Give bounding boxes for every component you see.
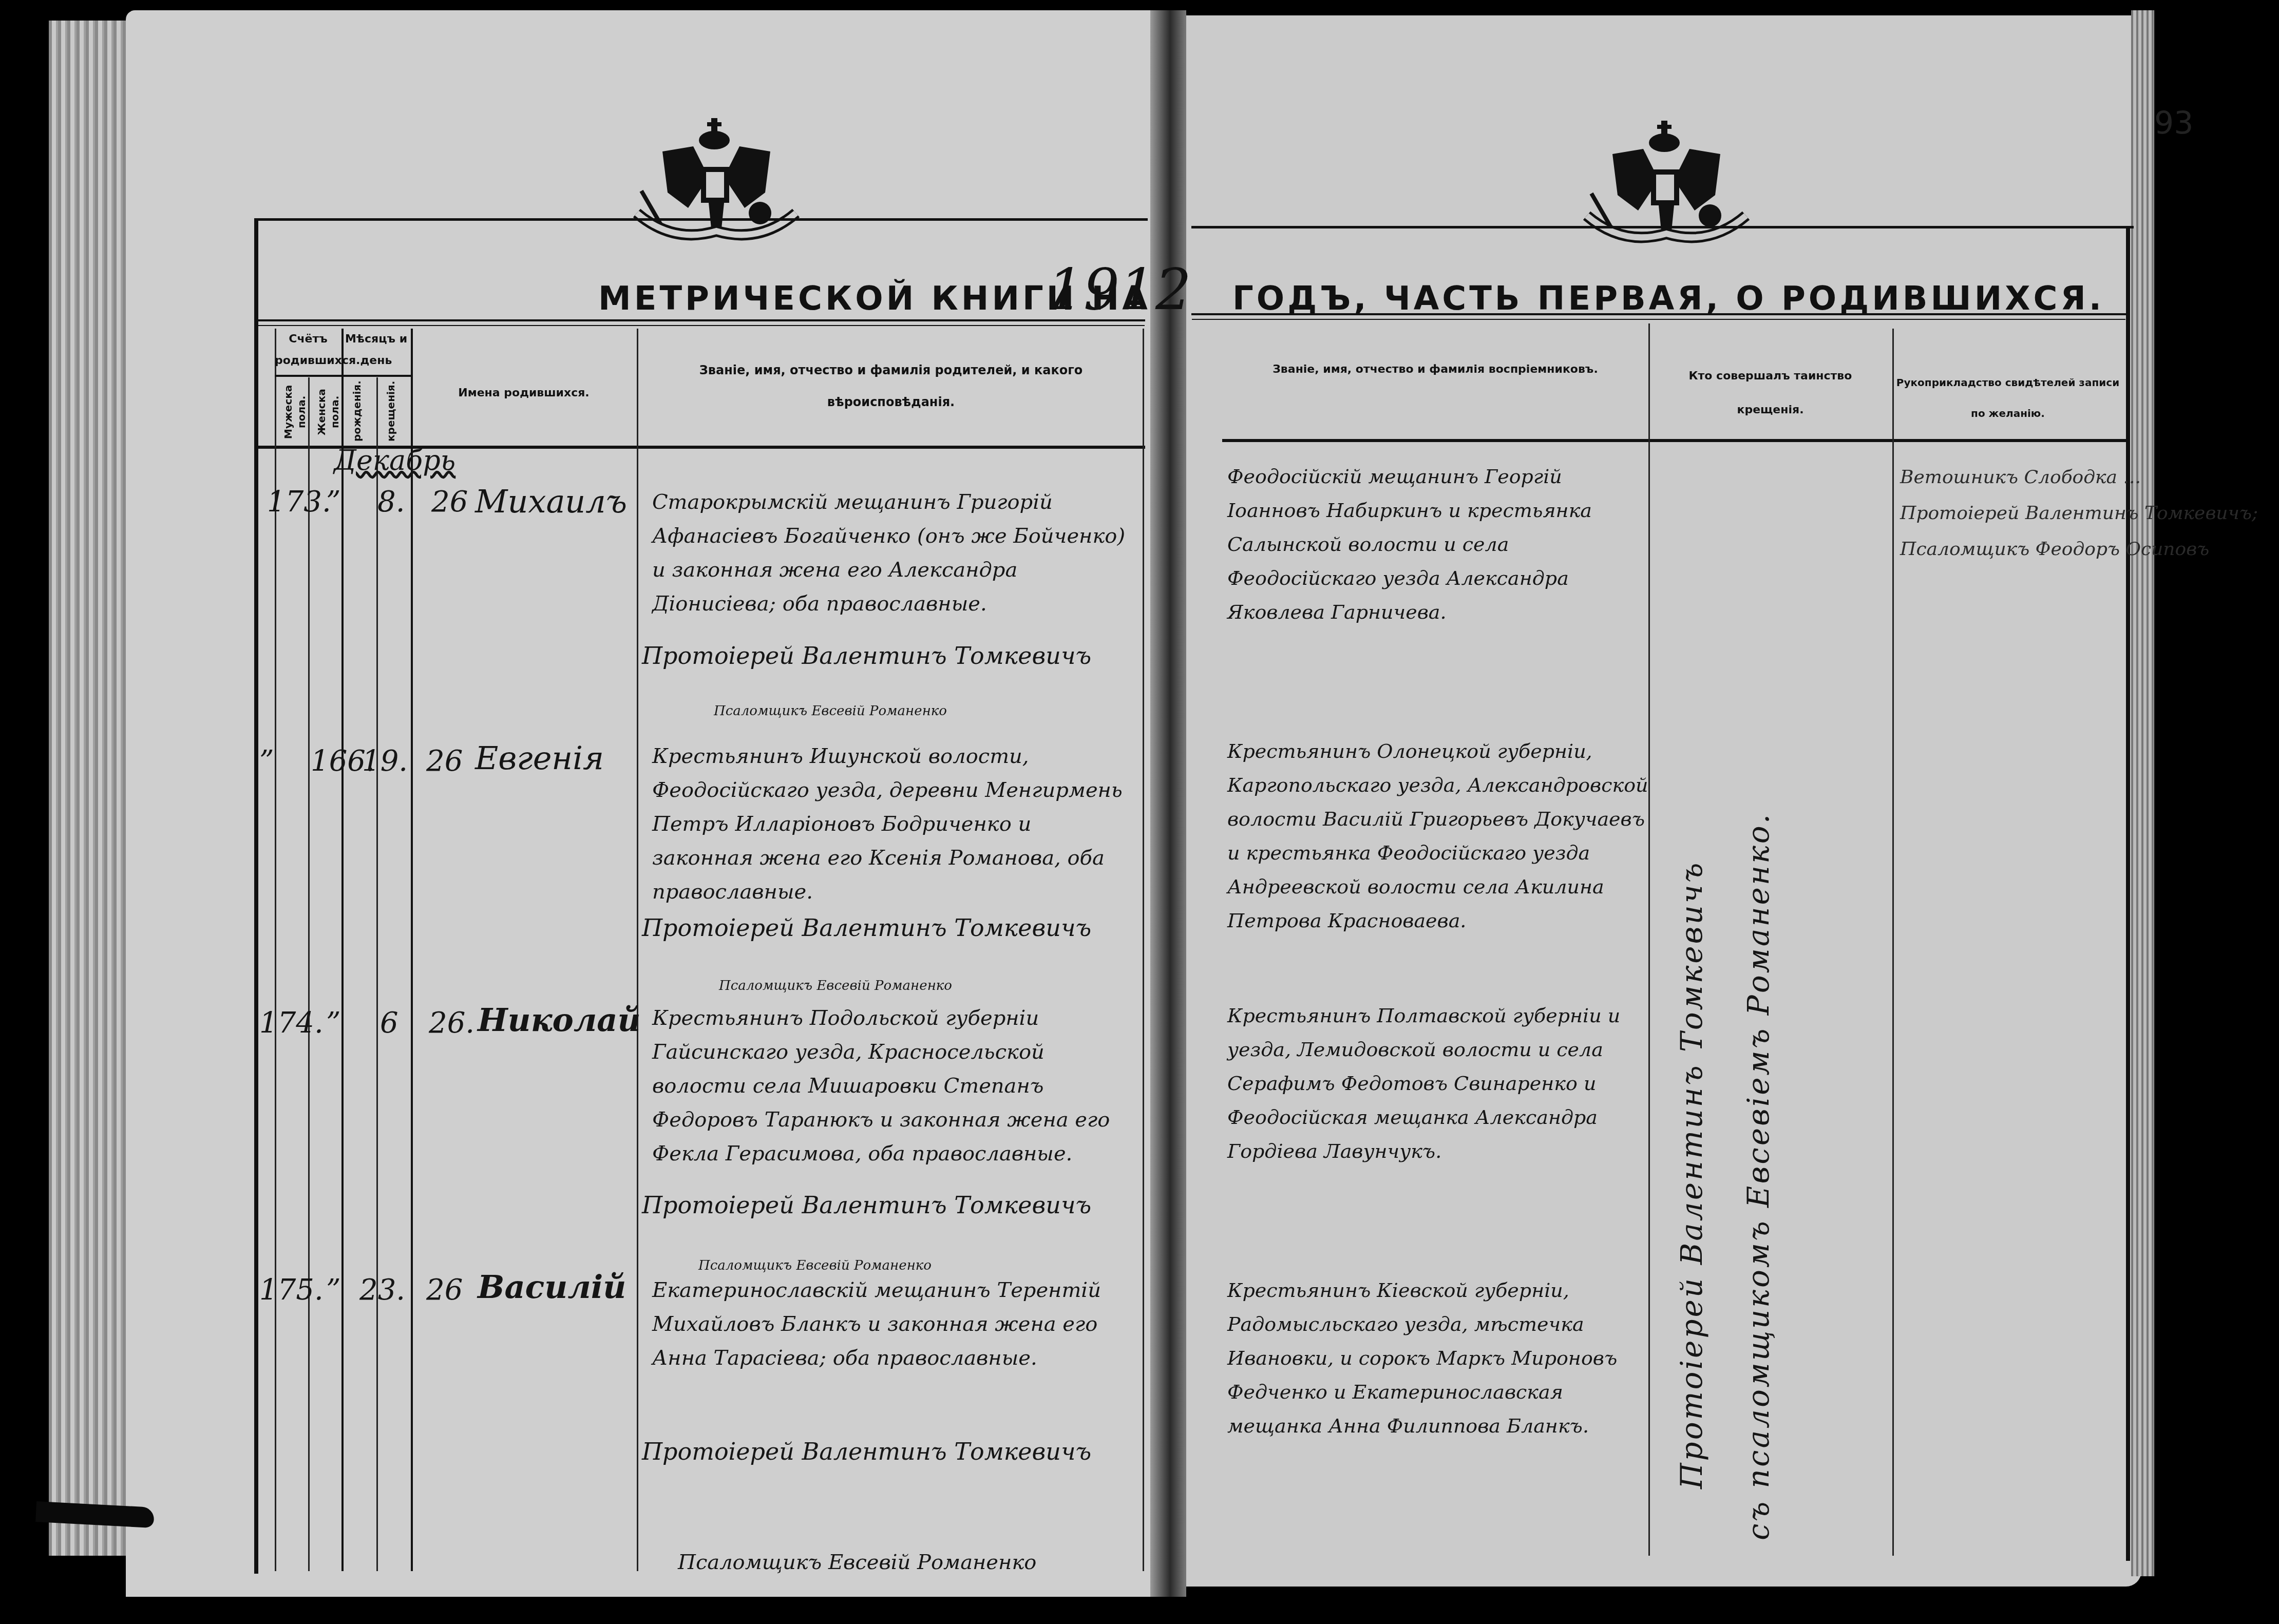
record-2-male-no: ” [259, 744, 274, 778]
right-page-edges [2131, 10, 2154, 1576]
record-2-parents: Крестьянинъ Ишунской волости, Феодосійск… [652, 739, 1130, 909]
book-gutter [1150, 10, 1186, 1597]
register-year: 1912 [1048, 257, 1191, 322]
record-2-godparents: Крестьянинъ Олонецкой губерніи, Каргопол… [1227, 734, 1648, 938]
page-number: 93 [2154, 105, 2193, 141]
record-3-parents: Крестьянинъ Подольской губерніи Гайсинск… [652, 1001, 1130, 1171]
header-rule-right [1191, 313, 2126, 315]
header-month-day: Мѣсяцъ и день [341, 329, 411, 372]
scanned-register-spread: 93 [0, 0, 2279, 1624]
col-line [637, 329, 638, 1571]
record-1-witness-signatures: Ветошникъ Слободка ... Протоіерей Валент… [1900, 460, 2259, 567]
record-4-psalmist-note: Псаломщикъ Евсевій Романенко [698, 1258, 932, 1273]
col-line [341, 329, 344, 1571]
record-3-godparents: Крестьянинъ Полтавской губерніи и уезда,… [1227, 999, 1648, 1168]
header-rule-left [257, 319, 1145, 321]
record-2-psalmist-note: Псаломщикъ Евсевій Романенко [714, 703, 947, 719]
frame-top-right [1191, 226, 2134, 228]
month-label: Декабрь [334, 444, 455, 476]
header-baptized: крещенія. [384, 383, 397, 442]
col-line [308, 377, 310, 1571]
record-3-male-no: 174. [259, 1006, 324, 1040]
double-headed-eagle-emblem-right [1582, 118, 1751, 252]
register-title-right: ГОДЪ, ЧАСТЬ ПЕРВАЯ, О РОДИВШИХСЯ. [1232, 280, 2104, 318]
record-4-child-name: Василій [478, 1268, 626, 1306]
record-1-female-no: ” [326, 485, 341, 519]
header-parents: Званіе, имя, отчество и фамилія родителе… [647, 354, 1135, 418]
footer-psalmist-signature: Псаломщикъ Евсевій Романенко [678, 1551, 1036, 1574]
record-4-parents: Екатеринославскій мещанинъ Терентій Миха… [652, 1273, 1130, 1375]
record-2-born: 19. [362, 744, 408, 778]
record-1-baptized: 26 [431, 485, 468, 519]
header-born: рожденія. [350, 383, 364, 442]
record-4-godparents: Крестьянинъ Кіевской губерніи, Радомысль… [1227, 1273, 1648, 1443]
header-male: Мужеска пола. [281, 383, 308, 442]
record-3-priest-signature: Протоіерей Валентинъ Томкевичъ [642, 1191, 1091, 1219]
header-godparents: Званіе, имя, отчество и фамилія воспріем… [1227, 354, 1643, 385]
record-4-baptized: 26 [426, 1273, 463, 1307]
double-headed-eagle-emblem-left [632, 116, 801, 249]
header-bottom-rule-right [1222, 439, 2126, 442]
header-birth-count: Счётъ родившихся. [275, 329, 341, 372]
col-line [1143, 329, 1144, 1571]
record-1-child-name: Михаилъ [475, 483, 627, 520]
record-1-parents: Старокрымскій мещанинъ Григорій Афанасіе… [652, 485, 1130, 621]
record-1-godparents: Феодосійскій мещанинъ Георгій Іоанновъ Н… [1227, 460, 1648, 629]
record-2-child-name: Евгенія [475, 739, 604, 777]
frame-top-left [254, 218, 1148, 221]
record-4-born: 23. [359, 1273, 405, 1307]
subheader-rule [275, 375, 411, 377]
record-3-psalmist-note: Псаломщикъ Евсевій Романенко [719, 978, 952, 993]
record-1-male-no: 173. [267, 485, 331, 519]
col-line [411, 329, 413, 1571]
col-line [376, 377, 378, 1571]
header-officiant: Кто совершалъ таинство крещенія. [1654, 359, 1887, 427]
frame-right-edge [2126, 226, 2130, 1561]
record-2-baptized: 26 [426, 744, 463, 778]
record-4-male-no: 175. [259, 1273, 324, 1307]
officiant-vertical-line1: Протоіерей Валентинъ Томкевичъ [1674, 513, 1709, 1489]
frame-left-edge [254, 218, 258, 1574]
record-3-born: 6 [380, 1006, 398, 1040]
col-line [1892, 329, 1894, 1556]
record-3-child-name: Николай [478, 1001, 641, 1039]
record-1-priest-signature: Протоіерей Валентинъ Томкевичъ [642, 642, 1091, 670]
record-4-female-no: ” [326, 1273, 341, 1307]
record-1-born: 8. [377, 485, 405, 519]
header-witness-signatures: Рукоприкладство свидѣтелей записи по жел… [1895, 367, 2121, 429]
record-3-baptized: 26. [429, 1006, 474, 1040]
header-names: Имена родившихся. [413, 383, 634, 404]
record-4-priest-signature: Протоіерей Валентинъ Томкевичъ [642, 1438, 1104, 1465]
header-female: Женска пола. [315, 383, 341, 442]
record-2-priest-signature: Протоіерей Валентинъ Томкевичъ [642, 914, 1091, 942]
officiant-vertical-line2: съ псаломщикомъ Евсевіемъ Романенко. [1741, 513, 1776, 1540]
col-line [1648, 323, 1650, 1556]
record-3-female-no: ” [326, 1006, 341, 1040]
